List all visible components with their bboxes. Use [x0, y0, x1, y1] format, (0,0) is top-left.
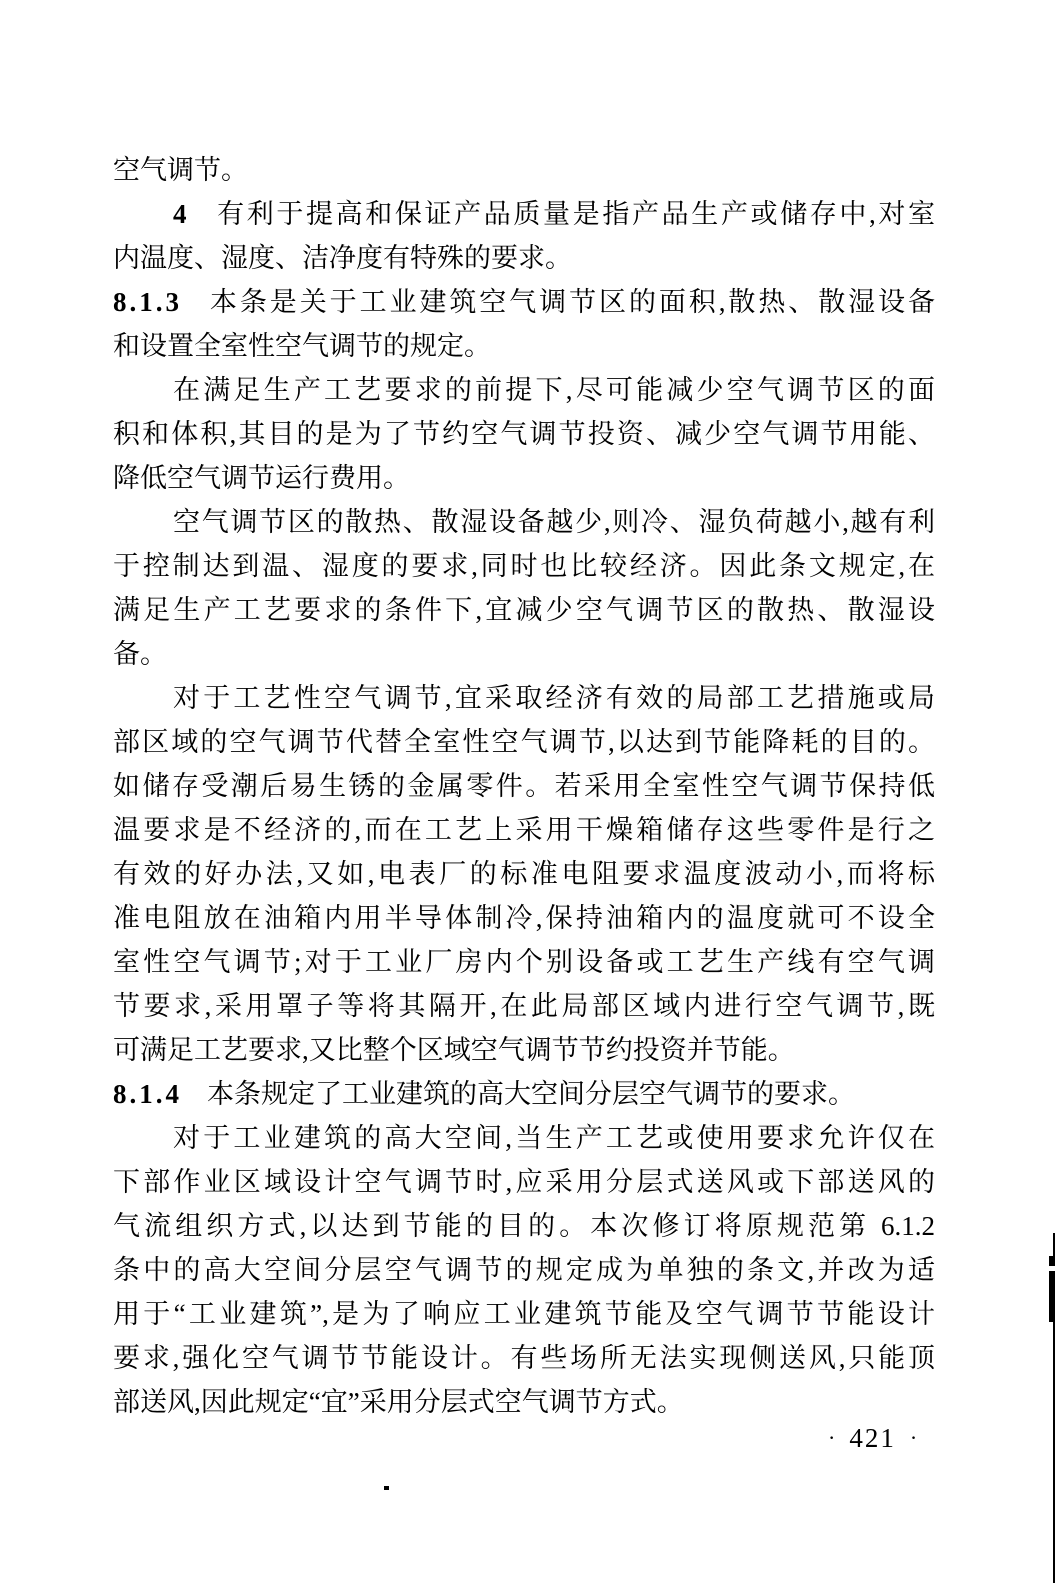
- line-text: 备。: [113, 639, 167, 669]
- line-text: 有效的好办法,又如,电表厂的标准电阻要求温度波动小,而将标: [113, 859, 935, 889]
- text-line: 对于工艺性空气调节,宜采取经济有效的局部工艺措施或局: [113, 676, 935, 720]
- text-line: 气流组织方式,以达到节能的目的。本次修订将原规范第 6.1.2: [113, 1204, 935, 1248]
- text-line: 8.1.3本条是关于工业建筑空气调节区的面积,散热、散湿设备: [113, 280, 935, 324]
- text-line: 部区域的空气调节代替全室性空气调节,以达到节能降耗的目的。: [113, 720, 935, 764]
- line-text: 室性空气调节;对于工业厂房内个别设备或工艺生产线有空气调: [113, 947, 935, 977]
- text-line: 准电阻放在油箱内用半导体制冷,保持油箱内的温度就可不设全: [113, 896, 935, 940]
- text-line: 空气调节区的散热、散湿设备越少,则冷、湿负荷越小,越有利: [113, 500, 935, 544]
- line-text: 可满足工艺要求,又比整个区域空气调节节约投资并节能。: [113, 1035, 795, 1065]
- line-text: 部送风,因此规定“宜”采用分层式空气调节方式。: [113, 1387, 684, 1417]
- page-number: ·421·: [828, 1422, 917, 1454]
- line-text: 本条规定了工业建筑的高大空间分层空气调节的要求。: [207, 1079, 855, 1109]
- clause-number: 4: [173, 199, 190, 229]
- line-text: 下部作业区域设计空气调节时,应采用分层式送风或下部送风的: [113, 1167, 935, 1197]
- page-number-left-dot: ·: [828, 1425, 835, 1450]
- line-text: 对于工业建筑的高大空间,当生产工艺或使用要求允许仅在: [173, 1123, 935, 1153]
- line-text: 用于“工业建筑”,是为了响应工业建筑节能及空气调节节能设计: [113, 1299, 935, 1329]
- text-line: 可满足工艺要求,又比整个区域空气调节节约投资并节能。: [113, 1028, 935, 1072]
- line-text: 节要求,采用罩子等将其隔开,在此局部区域内进行空气调节,既: [113, 991, 935, 1021]
- scan-edge-bar-gap: [1048, 1266, 1055, 1271]
- line-text: 要求,强化空气调节节能设计。有些场所无法实现侧送风,只能顶: [113, 1343, 935, 1373]
- line-text: 降低空气调节运行费用。: [113, 463, 410, 493]
- text-line: 空气调节。: [113, 148, 935, 192]
- text-line: 部送风,因此规定“宜”采用分层式空气调节方式。: [113, 1380, 935, 1424]
- text-line: 于控制达到温、湿度的要求,同时也比较经济。因此条文规定,在: [113, 544, 935, 588]
- text-line: 如储存受潮后易生锈的金属零件。若采用全室性空气调节保持低: [113, 764, 935, 808]
- line-text: 空气调节。: [113, 155, 248, 185]
- text-line: 满足生产工艺要求的条件下,宜减少空气调节区的散热、散湿设: [113, 588, 935, 632]
- text-block: 空气调节。4有利于提高和保证产品质量是指产品生产或储存中,对室内温度、湿度、洁净…: [113, 148, 935, 1424]
- line-text: 于控制达到温、湿度的要求,同时也比较经济。因此条文规定,在: [113, 551, 935, 581]
- clause-number: 8.1.3: [113, 287, 182, 317]
- page-number-value: 421: [849, 1423, 896, 1453]
- page-number-right-dot: ·: [910, 1425, 917, 1450]
- clause-number: 8.1.4: [113, 1079, 182, 1109]
- line-text: 积和体积,其目的是为了节约空气调节投资、减少空气调节用能、: [113, 419, 935, 449]
- line-text: 本条是关于工业建筑空气调节区的面积,散热、散湿设备: [207, 287, 935, 317]
- line-text: 如储存受潮后易生锈的金属零件。若采用全室性空气调节保持低: [113, 771, 935, 801]
- text-line: 用于“工业建筑”,是为了响应工业建筑节能及空气调节节能设计: [113, 1292, 935, 1336]
- text-line: 在满足生产工艺要求的前提下,尽可能减少空气调节区的面: [113, 368, 935, 412]
- line-text: 气流组织方式,以达到节能的目的。本次修订将原规范第 6.1.2: [113, 1211, 935, 1241]
- line-text: 对于工艺性空气调节,宜采取经济有效的局部工艺措施或局: [173, 683, 935, 713]
- scan-speck: [384, 1486, 389, 1490]
- text-line: 8.1.4本条规定了工业建筑的高大空间分层空气调节的要求。: [113, 1072, 935, 1116]
- text-line: 和设置全室性空气调节的规定。: [113, 324, 935, 368]
- scanned-page: 空气调节。4有利于提高和保证产品质量是指产品生产或储存中,对室内温度、湿度、洁净…: [0, 0, 1056, 1586]
- text-line: 下部作业区域设计空气调节时,应采用分层式送风或下部送风的: [113, 1160, 935, 1204]
- line-text: 空气调节区的散热、散湿设备越少,则冷、湿负荷越小,越有利: [173, 507, 935, 537]
- text-line: 要求,强化空气调节节能设计。有些场所无法实现侧送风,只能顶: [113, 1336, 935, 1380]
- line-text: 温要求是不经济的,而在工艺上采用干燥箱储存这些零件是行之: [113, 815, 935, 845]
- line-text: 在满足生产工艺要求的前提下,尽可能减少空气调节区的面: [173, 375, 935, 405]
- text-line: 室性空气调节;对于工业厂房内个别设备或工艺生产线有空气调: [113, 940, 935, 984]
- text-line: 温要求是不经济的,而在工艺上采用干燥箱储存这些零件是行之: [113, 808, 935, 852]
- line-text: 和设置全室性空气调节的规定。: [113, 331, 491, 361]
- text-line: 积和体积,其目的是为了节约空气调节投资、减少空气调节用能、: [113, 412, 935, 456]
- text-line: 内温度、湿度、洁净度有特殊的要求。: [113, 236, 935, 280]
- text-line: 对于工业建筑的高大空间,当生产工艺或使用要求允许仅在: [113, 1116, 935, 1160]
- line-text: 准电阻放在油箱内用半导体制冷,保持油箱内的温度就可不设全: [113, 903, 935, 933]
- line-text: 条中的高大空间分层空气调节的规定成为单独的条文,并改为适: [113, 1255, 935, 1285]
- text-line: 节要求,采用罩子等将其隔开,在此局部区域内进行空气调节,既: [113, 984, 935, 1028]
- text-line: 有效的好办法,又如,电表厂的标准电阻要求温度波动小,而将标: [113, 852, 935, 896]
- text-line: 降低空气调节运行费用。: [113, 456, 935, 500]
- line-text: 部区域的空气调节代替全室性空气调节,以达到节能降耗的目的。: [113, 727, 935, 757]
- text-line: 4有利于提高和保证产品质量是指产品生产或储存中,对室: [113, 192, 935, 236]
- line-text: 满足生产工艺要求的条件下,宜减少空气调节区的散热、散湿设: [113, 595, 935, 625]
- text-line: 备。: [113, 632, 935, 676]
- text-line: 条中的高大空间分层空气调节的规定成为单独的条文,并改为适: [113, 1248, 935, 1292]
- line-text: 内温度、湿度、洁净度有特殊的要求。: [113, 243, 572, 273]
- line-text: 有利于提高和保证产品质量是指产品生产或储存中,对室: [215, 199, 936, 229]
